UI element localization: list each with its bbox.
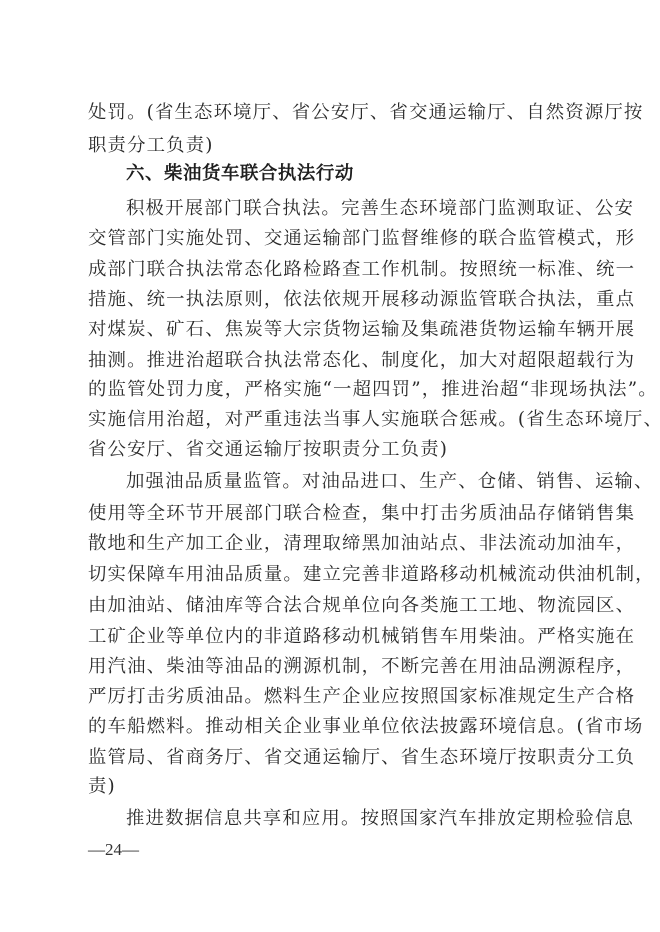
paragraph-line: 监管局、省商务厅、省交通运输厅、省生态环境厅按职责分工负 [88, 743, 584, 773]
paragraph-line: 责) [88, 772, 584, 802]
paragraph-line: 措施、统一执法原则，依法依规开展移动源监管联合执法，重点 [88, 285, 584, 315]
page-number: —24— [88, 840, 139, 860]
paragraph-line: 抽测。推进治超联合执法常态化、制度化，加大对超限超载行为 [88, 346, 584, 376]
paragraph-line: 实施信用治超，对严重违法当事人实施联合惩戒。(省生态环境厅、 [88, 405, 584, 435]
paragraph-line: 的监管处罚力度，严格实施“一超四罚”，推进治超“非现场执法”。 [88, 375, 584, 405]
paragraph-line: 省公安厅、省交通运输厅按职责分工负责) [88, 435, 584, 465]
paragraph-line: 对煤炭、矿石、焦炭等大宗货物运输及集疏港货物运输车辆开展 [88, 315, 584, 345]
paragraph-line: 推进数据信息共享和应用。按照国家汽车排放定期检验信息 [126, 804, 584, 834]
paragraph-line: 积极开展部门联合执法。完善生态环境部门监测取证、公安 [126, 194, 584, 224]
paragraph-line: 职责分工负责) [88, 131, 584, 161]
document-page: 处罚。(省生态环境厅、省公安厅、省交通运输厅、自然资源厅按职责分工负责)六、柴油… [0, 0, 660, 932]
paragraph-line: 使用等全环节开展部门联合检查，集中打击劣质油品存储销售集 [88, 499, 584, 529]
paragraph-line: 散地和生产加工企业，清理取缔黑加油站点、非法流动加油车， [88, 529, 584, 559]
paragraph-line: 处罚。(省生态环境厅、省公安厅、省交通运输厅、自然资源厅按 [88, 98, 584, 128]
paragraph-line: 的车船燃料。推动相关企业事业单位依法披露环境信息。(省市场 [88, 712, 584, 742]
paragraph-line: 加强油品质量监管。对油品进口、生产、仓储、销售、运输、 [126, 467, 584, 497]
paragraph-line: 切实保障车用油品质量。建立完善非道路移动机械流动供油机制， [88, 560, 584, 590]
paragraph-line: 工矿企业等单位内的非道路移动机械销售车用柴油。严格实施在 [88, 622, 584, 652]
paragraph-line: 严厉打击劣质油品。燃料生产企业应按照国家标准规定生产合格 [88, 682, 584, 712]
paragraph-line: 由加油站、储油库等合法合规单位向各类施工工地、物流园区、 [88, 591, 584, 621]
paragraph-line: 交管部门实施处罚、交通运输部门监督维修的联合监管模式，形 [88, 224, 584, 254]
paragraph-line: 用汽油、柴油等油品的溯源机制，不断完善在用油品溯源程序， [88, 652, 584, 682]
section-heading: 六、柴油货车联合执法行动 [126, 159, 584, 189]
paragraph-line: 成部门联合执法常态化路检路查工作机制。按照统一标准、统一 [88, 255, 584, 285]
